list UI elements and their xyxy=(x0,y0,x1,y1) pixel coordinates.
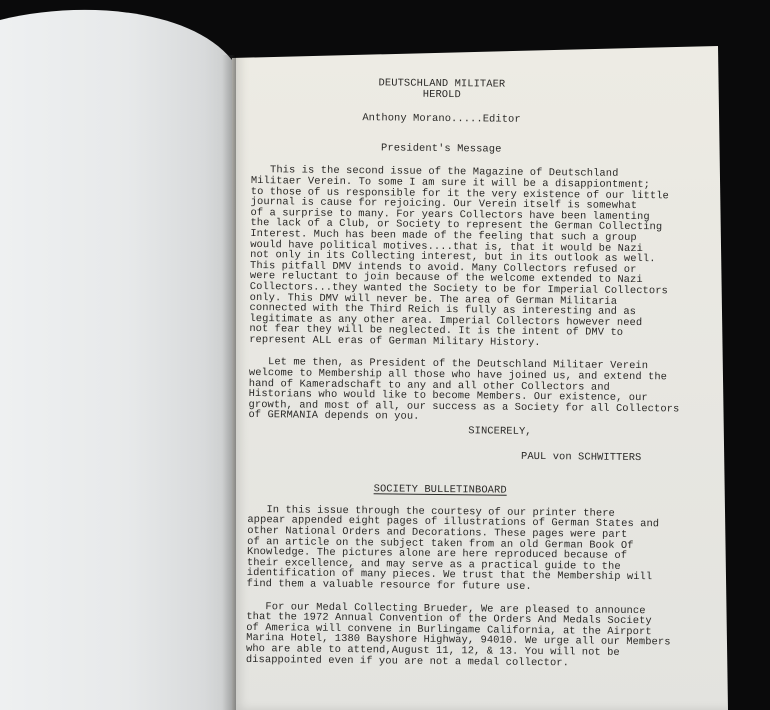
bulletinboard-paragraph-1: In this issue through the courtesy of ou… xyxy=(247,505,708,595)
masthead: DEUTSCHLAND MILITAER HEROLD Anthony Mora… xyxy=(286,77,597,156)
book-gutter xyxy=(222,55,236,710)
bulletinboard-heading: SOCIETY BULLETINBOARD xyxy=(278,484,603,498)
bulletinboard-paragraph-2: For our Medal Collecting Brueder, We are… xyxy=(246,602,707,670)
presidents-message-heading: President's Message xyxy=(286,142,596,156)
typewritten-page: DEUTSCHLAND MILITAER HEROLD Anthony Mora… xyxy=(246,77,712,670)
bulletinboard-heading-text: SOCIETY BULLETINBOARD xyxy=(374,484,507,497)
editor-line: Anthony Morano.....Editor xyxy=(287,113,597,127)
closing: SINCERELY, xyxy=(468,426,708,439)
photo-scene: DEUTSCHLAND MILITAER HEROLD Anthony Mora… xyxy=(0,0,770,710)
presidents-message-paragraph-2: Let me then, as President of the Deutsch… xyxy=(248,357,709,425)
left-page xyxy=(0,0,232,710)
signature: PAUL von SCHWITTERS xyxy=(521,451,708,464)
masthead-subtitle: HEROLD xyxy=(287,88,597,102)
presidents-message-paragraph-1: This is the second issue of the Magazine… xyxy=(249,165,711,350)
